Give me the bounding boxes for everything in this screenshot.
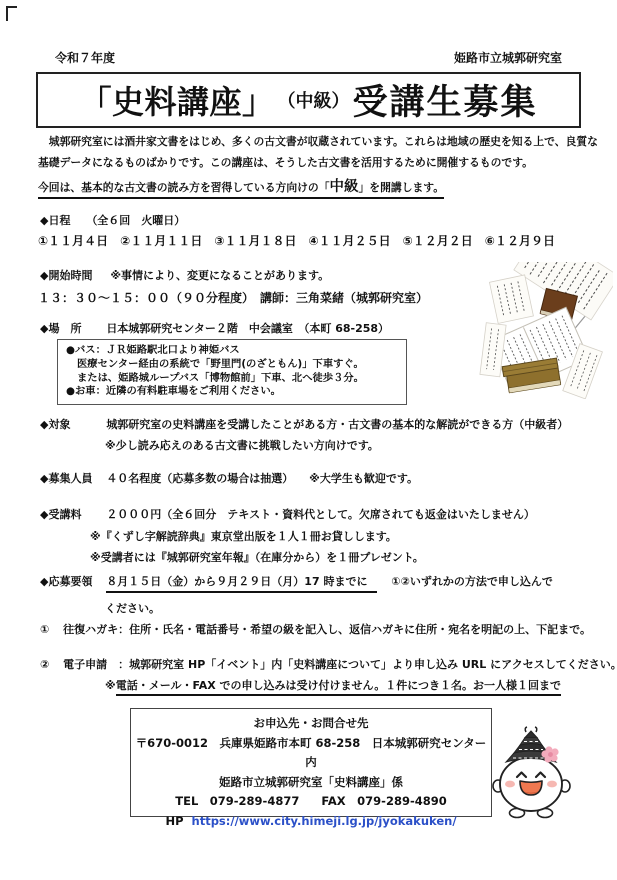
intro-level-emphasis: 中級 <box>330 179 359 195</box>
contact-hp-row: HPhttps://www.city.himeji.lg.jp/jyokakuk… <box>131 812 491 832</box>
apply-method-2-text: 電子申請 ：城郭研究室 HP「イベント」内「史料講座について」より申し込み UR… <box>63 658 617 671</box>
start-time-heading: ◆開始時間 <box>40 269 92 282</box>
capacity-heading: ◆募集人員 <box>40 472 92 485</box>
apply-method-1-text: 往復ハガキ：住所・氏名・電話番号・希望の級を記入し、返信ハガキに住所・宛名を明記… <box>63 623 591 636</box>
capacity-note: ※大学生も歓迎です。 <box>309 472 418 485</box>
flyer-page: 令和７年度 姫路市立城郭研究室 「史料講座」 （中級） 受講生募集 城郭研究室に… <box>0 0 617 880</box>
fee-heading: ◆受講料 <box>40 508 81 521</box>
place-row: ◆場 所 日本城郭研究センター２階 中会議室 （本町 68-258） <box>40 320 389 336</box>
capacity-value: ４０名程度（応募多数の場合は抽選） <box>106 472 293 485</box>
apply-note-mark: ※ <box>105 679 116 692</box>
apply-note-underlined: 電話・メール・FAX での申し込みは受け付けません。１件につき１名。お一人様１回… <box>116 677 561 696</box>
intro-line-3-prefix: 今回は、基本的な古文書の読み方を習得している方向けの「 <box>38 181 330 194</box>
schedule-subheading: （全６回 火曜日） <box>86 214 185 227</box>
apply-note: ※電話・メール・FAX での申し込みは受け付けません。１件につき１名。お一人様１… <box>105 677 561 696</box>
start-time-value: １３：３０～１５：００（９０分程度） 講師：三角菜緒（城郭研究室） <box>38 289 428 306</box>
intro-line-1: 城郭研究室には酒井家文書をはじめ、多くの古文書が収蔵されています。これらは地域の… <box>38 134 598 149</box>
contact-fax: FAX 079-289-4890 <box>321 794 446 808</box>
apply-continuation: ください。 <box>105 600 160 616</box>
contact-tel-fax: TEL 079-289-4877 FAX 079-289-4890 <box>131 792 491 812</box>
schedule-dates: ①１１月４日 ②１１月１１日 ③１１月１８日 ④１１月２５日 ⑤１２月２日 ⑥１… <box>38 232 555 249</box>
contact-box: お申込先・お問合せ先 〒670-0012 兵庫県姫路市本町 68-258 日本城… <box>130 708 492 817</box>
apply-method-2-number: ② <box>40 658 49 671</box>
title-box: 「史料講座」 （中級） 受講生募集 <box>36 72 581 128</box>
contact-section: 姫路市立城郭研究室「史料講座」係 <box>131 773 491 793</box>
contact-title: お申込先・お問合せ先 <box>131 714 491 734</box>
access-bus-line-3: または、姫路城ループバス「博物館前」下車、北へ徒歩３分。 <box>66 372 398 386</box>
apply-deadline: ８月１５日（金）から９月２９日（月）17 時までに <box>106 573 377 593</box>
place-value: 日本城郭研究センター２階 中会議室 （本町 68-258） <box>106 322 389 335</box>
target-heading: ◆対象 <box>40 418 70 431</box>
apply-method-2: ② 電子申請 ：城郭研究室 HP「イベント」内「史料講座について」より申し込み … <box>40 656 617 672</box>
access-bus-line-1: ●バス：ＪＲ姫路駅北口より神姫バス <box>66 344 398 358</box>
access-car-line: ●お車：近隣の有料駐車場をご利用ください。 <box>66 385 398 399</box>
fee-note-1: ※『くずし字解読辞典』東京堂出版を１人１冊お貸しします。 <box>90 528 397 544</box>
old-documents-photo <box>477 262 613 399</box>
target-note: ※少し読み応えのある古文書に挑戦したい方向けです。 <box>105 437 379 453</box>
apply-heading: ◆応募要領 <box>40 575 92 588</box>
mascot-shiromaruhime <box>491 724 573 820</box>
intro-line-3: 今回は、基本的な古文書の読み方を習得している方向けの「中級」を開講します。 <box>38 175 444 199</box>
access-info-box: ●バス：ＪＲ姫路駅北口より神姫バス 医療センター経由の系統で「野里門(のざともん… <box>57 339 407 405</box>
title-main-right: 受講生募集 <box>353 75 538 125</box>
contact-hp-label: HP <box>165 814 183 828</box>
organization-label: 姫路市立城郭研究室 <box>454 49 562 66</box>
apply-method-1: ① 往復ハガキ：住所・氏名・電話番号・希望の級を記入し、返信ハガキに住所・宛名を… <box>40 621 591 637</box>
target-row: ◆対象 城郭研究室の史料講座を受講したことがある方・古文書の基本的な解読ができる… <box>40 416 568 432</box>
apply-row: ◆応募要領 ８月１５日（金）から９月２９日（月）17 時までに ①②いずれかの方… <box>40 573 553 593</box>
start-time-heading-row: ◆開始時間 ※事情により、変更になることがあります。 <box>40 267 329 283</box>
access-bus-line-2: 医療センター経由の系統で「野里門(のざともん)」下車すぐ。 <box>66 358 398 372</box>
title-main-left: 「史料講座」 <box>79 77 274 123</box>
apply-method-1-number: ① <box>40 623 49 636</box>
title-level: （中級） <box>278 87 350 113</box>
corner-crop-mark <box>6 6 17 21</box>
contact-tel: TEL 079-289-4877 <box>175 794 299 808</box>
intro-line-3-suffix: 」を開講します。 <box>359 181 445 194</box>
contact-hp-link[interactable]: https://www.city.himeji.lg.jp/jyokakuken… <box>192 814 457 828</box>
capacity-row: ◆募集人員 ４０名程度（応募多数の場合は抽選） ※大学生も歓迎です。 <box>40 470 418 486</box>
fee-row: ◆受講料 ２０００円（全６回分 テキスト・資料代として。欠席されても返金はいたし… <box>40 506 535 522</box>
target-value: 城郭研究室の史料講座を受講したことがある方・古文書の基本的な解読ができる方（中級… <box>106 418 568 431</box>
place-heading: ◆場 所 <box>40 322 81 335</box>
start-time-note: ※事情により、変更になることがあります。 <box>110 269 329 282</box>
schedule-heading-row: ◆日程 （全６回 火曜日） <box>40 212 185 228</box>
fee-note-2: ※受講者には『城郭研究室年報』（在庫分から）を１冊プレゼント。 <box>90 549 424 565</box>
contact-address: 〒670-0012 兵庫県姫路市本町 68-258 日本城郭研究センター内 <box>131 734 491 773</box>
fiscal-year-label: 令和７年度 <box>55 49 115 66</box>
schedule-heading: ◆日程 <box>40 214 70 227</box>
fee-value: ２０００円（全６回分 テキスト・資料代として。欠席されても返金はいたしません） <box>106 508 535 521</box>
intro-line-2: 基礎データになるものばかりです。この講座は、そうした古文書を活用するために開催す… <box>38 155 533 170</box>
apply-after-deadline: ①②いずれかの方法で申し込んで <box>391 575 553 588</box>
